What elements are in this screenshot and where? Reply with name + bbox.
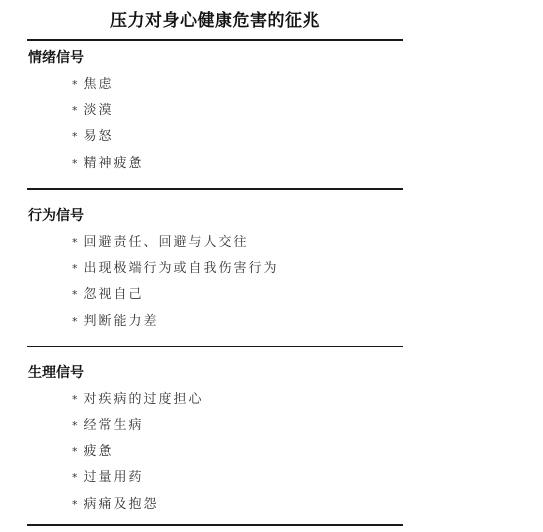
list-item: *焦虑 xyxy=(72,73,114,92)
list-item: *过量用药 xyxy=(72,466,144,485)
divider-2 xyxy=(27,346,403,347)
asterisk-bullet-icon: * xyxy=(72,419,80,432)
divider-top xyxy=(27,39,403,41)
list-item: *忽视自己 xyxy=(72,283,144,302)
list-item: *淡漠 xyxy=(72,99,114,118)
asterisk-bullet-icon: * xyxy=(72,104,80,117)
list-item: *疲惫 xyxy=(72,440,114,459)
divider-1 xyxy=(27,188,403,190)
asterisk-bullet-icon: * xyxy=(72,498,80,511)
asterisk-bullet-icon: * xyxy=(72,288,80,301)
section-heading-behavioral: 行为信号 xyxy=(28,205,84,225)
asterisk-bullet-icon: * xyxy=(72,471,80,484)
divider-bottom xyxy=(27,524,403,526)
asterisk-bullet-icon: * xyxy=(72,393,80,406)
page-title: 压力对身心健康危害的征兆 xyxy=(27,6,403,31)
list-item: *病痛及抱怨 xyxy=(72,493,159,512)
asterisk-bullet-icon: * xyxy=(72,78,80,91)
list-item: *易怒 xyxy=(72,125,114,144)
list-item: *精神疲惫 xyxy=(72,152,144,171)
section-heading-emotional: 情绪信号 xyxy=(28,47,84,67)
asterisk-bullet-icon: * xyxy=(72,157,80,170)
list-item: *判断能力差 xyxy=(72,310,159,329)
list-item: *对疾病的过度担心 xyxy=(72,388,204,407)
list-item: *经常生病 xyxy=(72,414,144,433)
asterisk-bullet-icon: * xyxy=(72,130,80,143)
list-item: *出现极端行为或自我伤害行为 xyxy=(72,257,279,276)
asterisk-bullet-icon: * xyxy=(72,315,80,328)
asterisk-bullet-icon: * xyxy=(72,262,80,275)
section-heading-physical: 生理信号 xyxy=(28,362,84,382)
asterisk-bullet-icon: * xyxy=(72,445,80,458)
asterisk-bullet-icon: * xyxy=(72,236,80,249)
list-item: *回避责任、回避与人交往 xyxy=(72,231,249,250)
